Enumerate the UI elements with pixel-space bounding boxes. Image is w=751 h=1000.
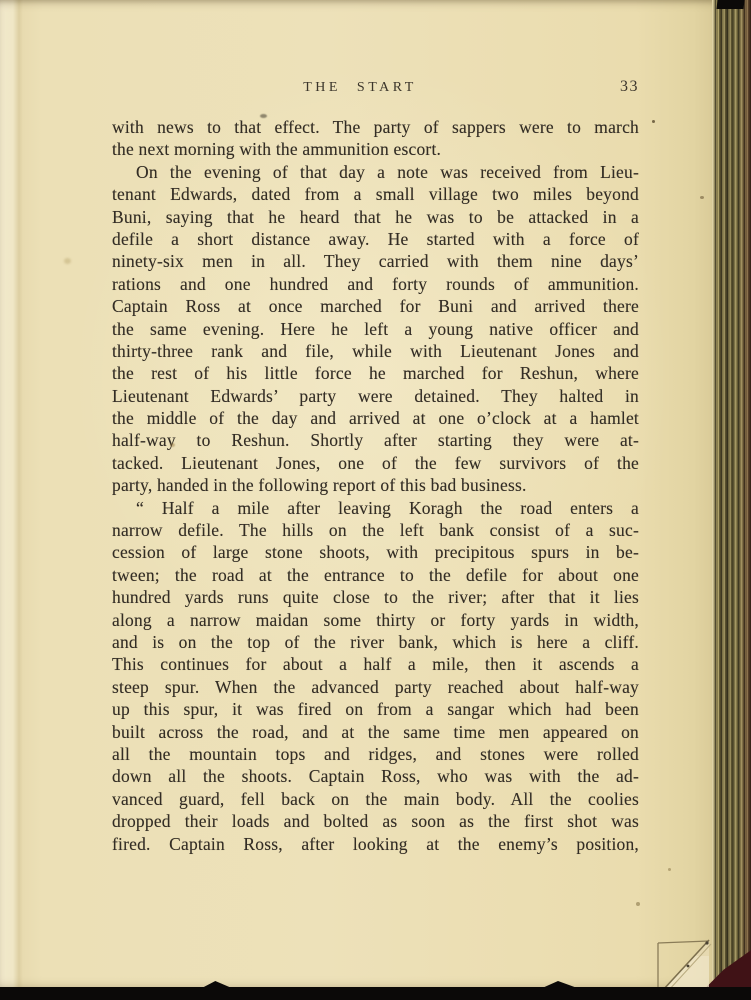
- text-line: cession of large stone shoots, with prec…: [112, 541, 639, 563]
- text-line: vanced guard, fell back on the main body…: [112, 788, 639, 810]
- text-line: all the mountain tops and ridges, and st…: [112, 743, 639, 765]
- bottom-shadow-band: [0, 987, 751, 1000]
- text-line: Buni, saying that he heard that he was t…: [112, 206, 639, 228]
- text-line: up this spur, it was fired on from a san…: [112, 698, 639, 720]
- text-line: fired. Captain Ross, after looking at th…: [112, 833, 639, 855]
- text-line: the rest of his little force he marched …: [112, 362, 639, 384]
- text-line: hundred yards runs quite close to the ri…: [112, 586, 639, 608]
- text-line: narrow defile. The hills on the left ban…: [112, 519, 639, 541]
- text-line: half-way to Reshun. Shortly after starti…: [112, 429, 639, 451]
- text-line: tenant Edwards, dated from a small villa…: [112, 183, 639, 205]
- text-line: On the evening of that day a note was re…: [112, 161, 639, 183]
- text-line: tween; the road at the entrance to the d…: [112, 564, 639, 586]
- text-line: tacked. Lieutenant Jones, one of the few…: [112, 452, 639, 474]
- text-line: defile a short distance away. He started…: [112, 228, 639, 250]
- text-line: the middle of the day and arrived at one…: [112, 407, 639, 429]
- text-line: This continues for about a half a mile, …: [112, 653, 639, 675]
- body-text: with news to that effect. The party of s…: [112, 116, 639, 855]
- folded-page-corner-icon: [650, 936, 724, 992]
- text-line: with news to that effect. The party of s…: [112, 116, 639, 138]
- text-line: rations and one hundred and forty rounds…: [112, 273, 639, 295]
- scanned-book-page: THE START 33 with news to that effect. T…: [0, 0, 751, 1000]
- text-line: steep spur. When the advanced party reac…: [112, 676, 639, 698]
- text-line: “ Half a mile after leaving Koragh the r…: [112, 497, 639, 519]
- text-line: down all the shoots. Captain Ross, who w…: [112, 765, 639, 787]
- page-number: 33: [620, 78, 639, 96]
- text-line: the next morning with the ammunition esc…: [112, 138, 639, 160]
- top-right-shadow: [717, 0, 745, 9]
- text-line: and is on the top of the river bank, whi…: [112, 631, 639, 653]
- running-header-title: THE START: [303, 80, 417, 96]
- page-edges-stack: [712, 0, 751, 988]
- text-line: Captain Ross at once marched for Buni an…: [112, 295, 639, 317]
- text-line: thirty-three rank and file, while with L…: [112, 340, 639, 362]
- text-line: along a narrow maidan some thirty or for…: [112, 609, 639, 631]
- text-line: party, handed in the following report of…: [112, 474, 639, 496]
- text-line: dropped their loads and bolted as soon a…: [112, 810, 639, 832]
- text-line: the same evening. Here he left a young n…: [112, 318, 639, 340]
- page-header: THE START 33: [112, 80, 639, 100]
- text-line: ninety-six men in all. They carried with…: [112, 250, 639, 272]
- text-line: Lieutenant Edwards’ party were detained.…: [112, 385, 639, 407]
- text-line: built across the road, and at the same t…: [112, 721, 639, 743]
